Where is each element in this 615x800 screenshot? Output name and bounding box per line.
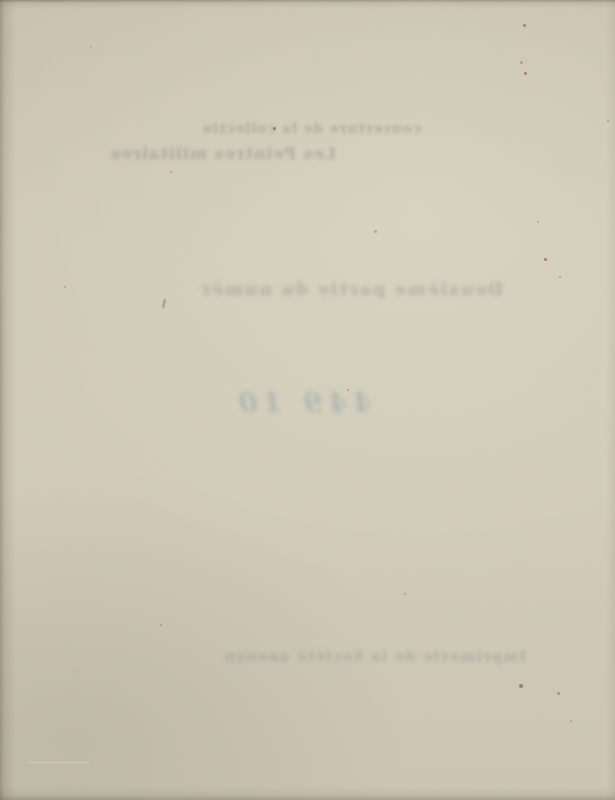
foxing-spot	[557, 692, 560, 695]
book-page-scan: couverture de la collection Les Peintres…	[0, 0, 615, 800]
showthrough-line-1: couverture de la collection	[203, 121, 421, 137]
foxing-spot	[537, 221, 539, 223]
foxing-spot	[524, 72, 527, 75]
foxing-spot	[374, 230, 377, 233]
paper-grain-texture	[0, 0, 615, 800]
foxing-spot	[170, 171, 172, 173]
showthrough-line-4: Imprimerie de la Société anonyme	[226, 649, 526, 665]
foxing-spot	[607, 120, 609, 122]
foxing-spot	[64, 286, 66, 288]
foxing-spot	[404, 593, 406, 595]
foxing-spot	[347, 389, 349, 391]
handwritten-number-showthrough: 449 10	[254, 388, 372, 430]
foxing-spot	[273, 127, 276, 130]
showthrough-line-3: Deuxième partie du numéro	[201, 280, 503, 300]
showthrough-line-2: Les Peintres militaires	[112, 144, 336, 163]
foxing-spot	[90, 46, 92, 48]
foxing-spot	[544, 258, 547, 261]
foxing-spot	[519, 684, 523, 688]
paper-scratch	[28, 762, 90, 763]
foxing-spot	[559, 276, 561, 278]
foxing-spot	[523, 24, 526, 27]
foxing-spot	[570, 720, 572, 722]
foxing-spot	[160, 624, 162, 626]
foxing-spot	[520, 61, 523, 64]
pencil-mark	[162, 299, 166, 308]
